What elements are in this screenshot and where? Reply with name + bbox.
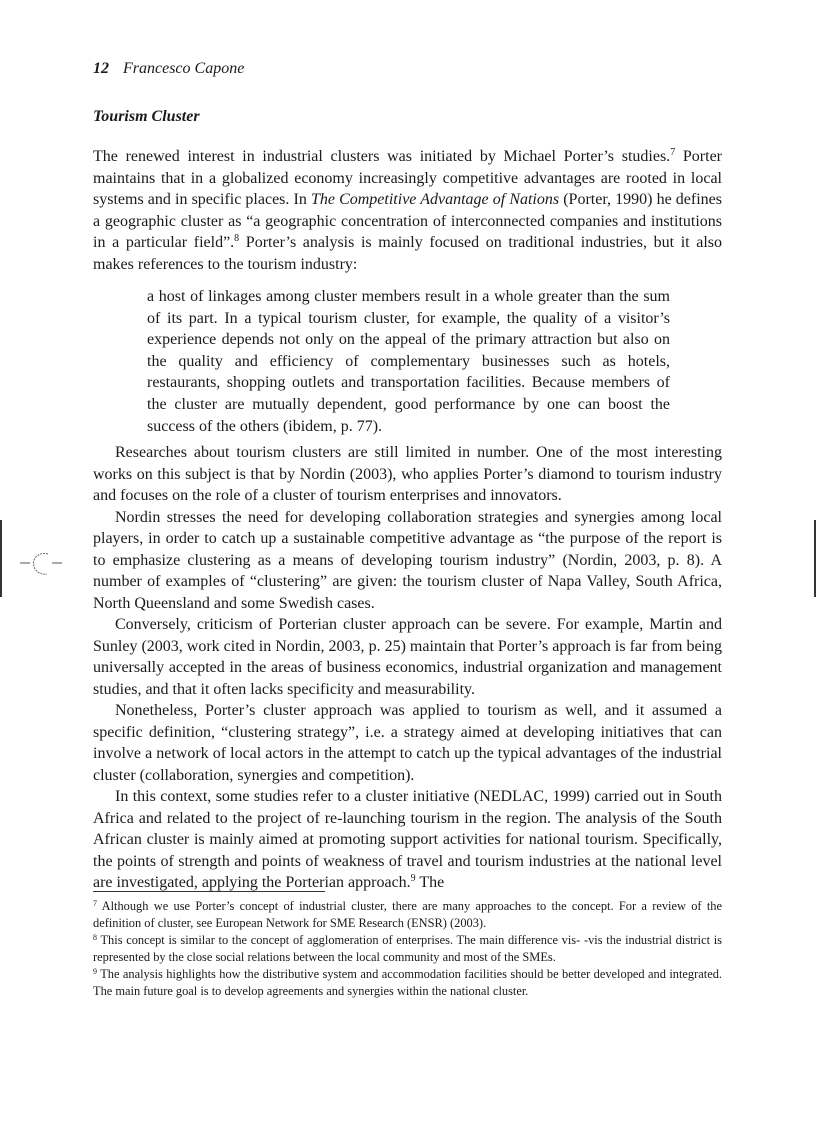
footnote-text: The analysis highlights how the distribu… [93, 967, 722, 998]
footnote-text: This concept is similar to the concept o… [93, 933, 722, 964]
paragraph-text: The [416, 874, 445, 891]
paragraph: In this context, some studies refer to a… [93, 786, 722, 894]
section-title: Tourism Cluster [93, 108, 200, 126]
footnote-8: 8 This concept is similar to the concept… [93, 932, 722, 966]
registration-mark-icon [20, 550, 64, 580]
paragraph: Nonetheless, Porter’s cluster approach w… [93, 700, 722, 786]
paragraph-text: In this context, some studies refer to a… [93, 788, 722, 891]
paragraph: Nordin stresses the need for developing … [93, 507, 722, 615]
paragraph: Researches about tourism clusters are st… [93, 442, 722, 507]
crop-mark-left [0, 520, 2, 597]
running-head: 12Francesco Capone [93, 60, 244, 78]
footnote-7: 7 Although we use Porter’s concept of in… [93, 898, 722, 932]
block-quote: a host of linkages among cluster members… [147, 286, 670, 437]
footnotes: 7 Although we use Porter’s concept of in… [93, 898, 722, 1000]
body-paragraphs: Researches about tourism clusters are st… [93, 442, 722, 894]
paragraph-text: The renewed interest in industrial clust… [93, 148, 670, 165]
footnote-9: 9 The analysis highlights how the distri… [93, 966, 722, 1000]
document-page: 12Francesco Capone Tourism Cluster The r… [0, 0, 816, 1123]
page-number: 12 [93, 60, 109, 77]
book-title: The Competitive Advantage of Nations [311, 191, 559, 208]
intro-paragraph: The renewed interest in industrial clust… [93, 146, 722, 275]
footnote-divider [93, 891, 325, 892]
author-name: Francesco Capone [123, 60, 244, 77]
footnote-ref[interactable]: 7 [670, 147, 675, 158]
footnote-text: Although we use Porter’s concept of indu… [93, 899, 722, 930]
paragraph: Conversely, criticism of Porterian clust… [93, 614, 722, 700]
